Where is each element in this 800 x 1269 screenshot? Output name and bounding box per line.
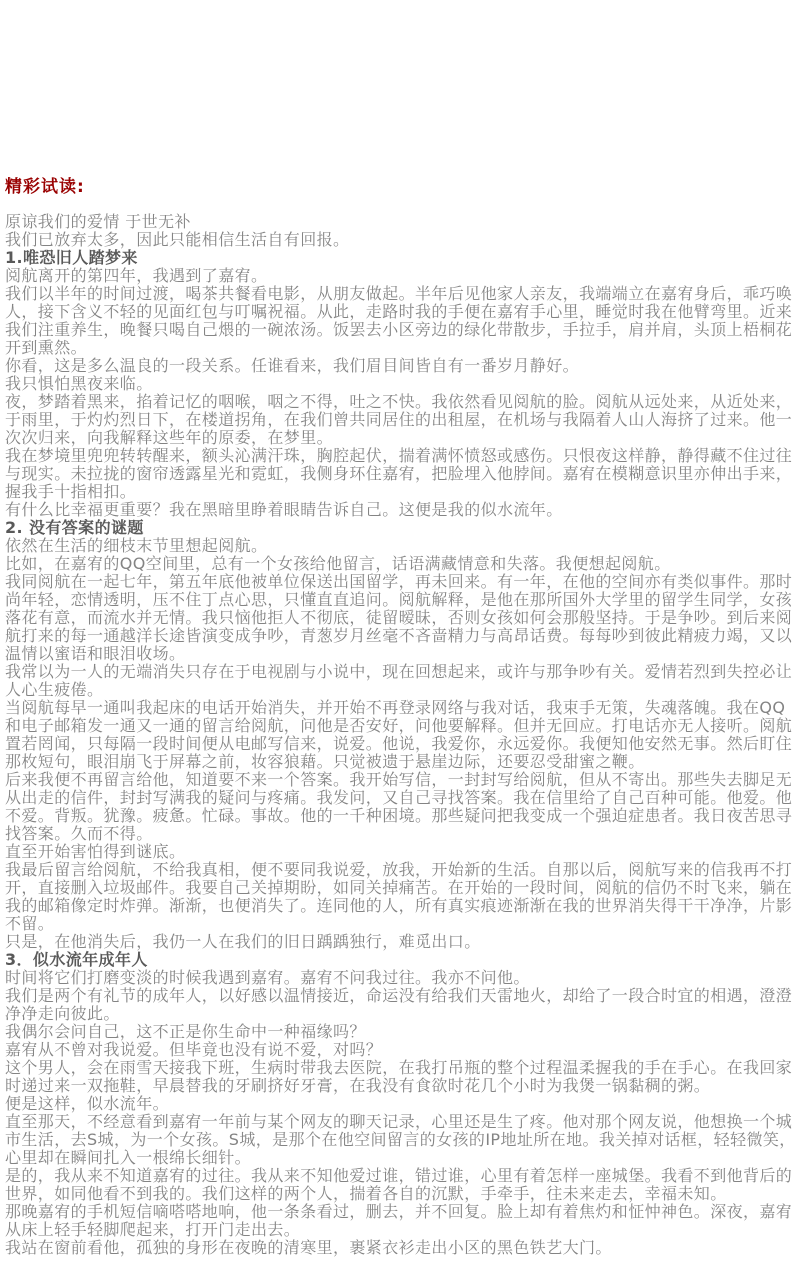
paragraph: 是的，我从来不知道嘉宥的过往。我从来不知他爱过谁，错过谁，心里有着怎样一座城堡。…: [5, 1167, 796, 1203]
paragraph: 有什么比幸福更重要？我在黑暗里睁着眼睛告诉自己。这便是我的似水流年。: [5, 501, 796, 519]
paragraph: 当阅航每早一通叫我起床的电话开始消失，并开始不再登录网络与我对话，我束手无策，失…: [5, 699, 796, 771]
paragraph: 我只惧怕黑夜来临。: [5, 375, 796, 393]
paragraph: 我同阅航在一起七年，第五年底他被单位保送出国留学，再未回来。有一年，在他的空间亦…: [5, 573, 796, 663]
paragraph: 我们以半年的时间过渡，喝茶共餐看电影，从朋友做起。半年后见他家人亲友，我端端立在…: [5, 285, 796, 357]
paragraph: 直至开始害怕得到谜底。: [5, 843, 796, 861]
section-heading: 1.唯恐旧人踏梦来: [5, 249, 796, 267]
paragraph: 直至那天，不经意看到嘉宥一年前与某个网友的聊天记录，心里还是生了疼。他对那个网友…: [5, 1113, 796, 1167]
paragraph: 那晚嘉宥的手机短信嘀嗒嗒地响，他一条条看过，删去，并不回复。脸上却有着焦灼和怔忡…: [5, 1203, 796, 1239]
paragraph: 我们是两个有礼节的成年人，以好感以温情接近，命运没有给我们天雷地火，却给了一段合…: [5, 987, 796, 1023]
paragraph: 便是这样，似水流年。: [5, 1095, 796, 1113]
section-heading: 3．似水流年成年人: [5, 951, 796, 969]
excerpt-title: 精彩试读:: [5, 177, 796, 197]
excerpt-body: 原谅我们的爱情 于世无补我们已放弃太多，因此只能相信生活自有回报。1.唯恐旧人踏…: [5, 213, 796, 1257]
section-heading: 2. 没有答案的谜题: [5, 519, 796, 537]
paragraph: 我偶尔会问自己，这不正是你生命中一种福缘吗？: [5, 1023, 796, 1041]
paragraph: 时间将它们打磨变淡的时候我遇到嘉宥。嘉宥不问我过往。我亦不问他。: [5, 969, 796, 987]
paragraph: 比如，在嘉宥的QQ空间里，总有一个女孩给他留言，话语满藏情意和失落。我便想起阅航…: [5, 555, 796, 573]
paragraph: 依然在生活的细枝末节里想起阅航。: [5, 537, 796, 555]
paragraph: 你看，这是多么温良的一段关系。任谁看来，我们眉目间皆自有一番岁月静好。: [5, 357, 796, 375]
paragraph: 阅航离开的第四年，我遇到了嘉宥。: [5, 267, 796, 285]
paragraph: 夜，梦踏着黑来，掐着记忆的咽喉，咽之不得，吐之不快。我依然看见阅航的脸。阅航从远…: [5, 393, 796, 447]
paragraph: 我站在窗前看他，孤独的身形在夜晚的清寒里，裹紧衣衫走出小区的黑色铁艺大门。: [5, 1239, 796, 1257]
paragraph: 我们已放弃太多，因此只能相信生活自有回报。: [5, 231, 796, 249]
paragraph: 嘉宥从不曾对我说爱。但毕竟也没有说不爱，对吗？: [5, 1041, 796, 1059]
paragraph: 只是，在他消失后，我仍一人在我们的旧日踽踽独行，难觅出口。: [5, 933, 796, 951]
paragraph: 我在梦境里兜兜转转醒来，额头沁满汗珠，胸腔起伏，揣着满怀愤怒或感伤。只恨夜这样静…: [5, 447, 796, 501]
paragraph: 这个男人，会在雨雪天接我下班，生病时带我去医院，在我打吊瓶的整个过程温柔握我的手…: [5, 1059, 796, 1095]
paragraph: 我最后留言给阅航，不给我真相，便不要同我说爱，放我，开始新的生活。自那以后，阅航…: [5, 861, 796, 933]
paragraph: 我常以为一人的无端消失只存在于电视剧与小说中，现在回想起来，或许与那争吵有关。爱…: [5, 663, 796, 699]
book-excerpt-page: 精彩试读: 原谅我们的爱情 于世无补我们已放弃太多，因此只能相信生活自有回报。1…: [0, 0, 800, 1257]
paragraph: 原谅我们的爱情 于世无补: [5, 213, 796, 231]
paragraph: 后来我便不再留言给他，知道要不来一个答案。我开始写信，一封封写给阅航，但从不寄出…: [5, 771, 796, 843]
